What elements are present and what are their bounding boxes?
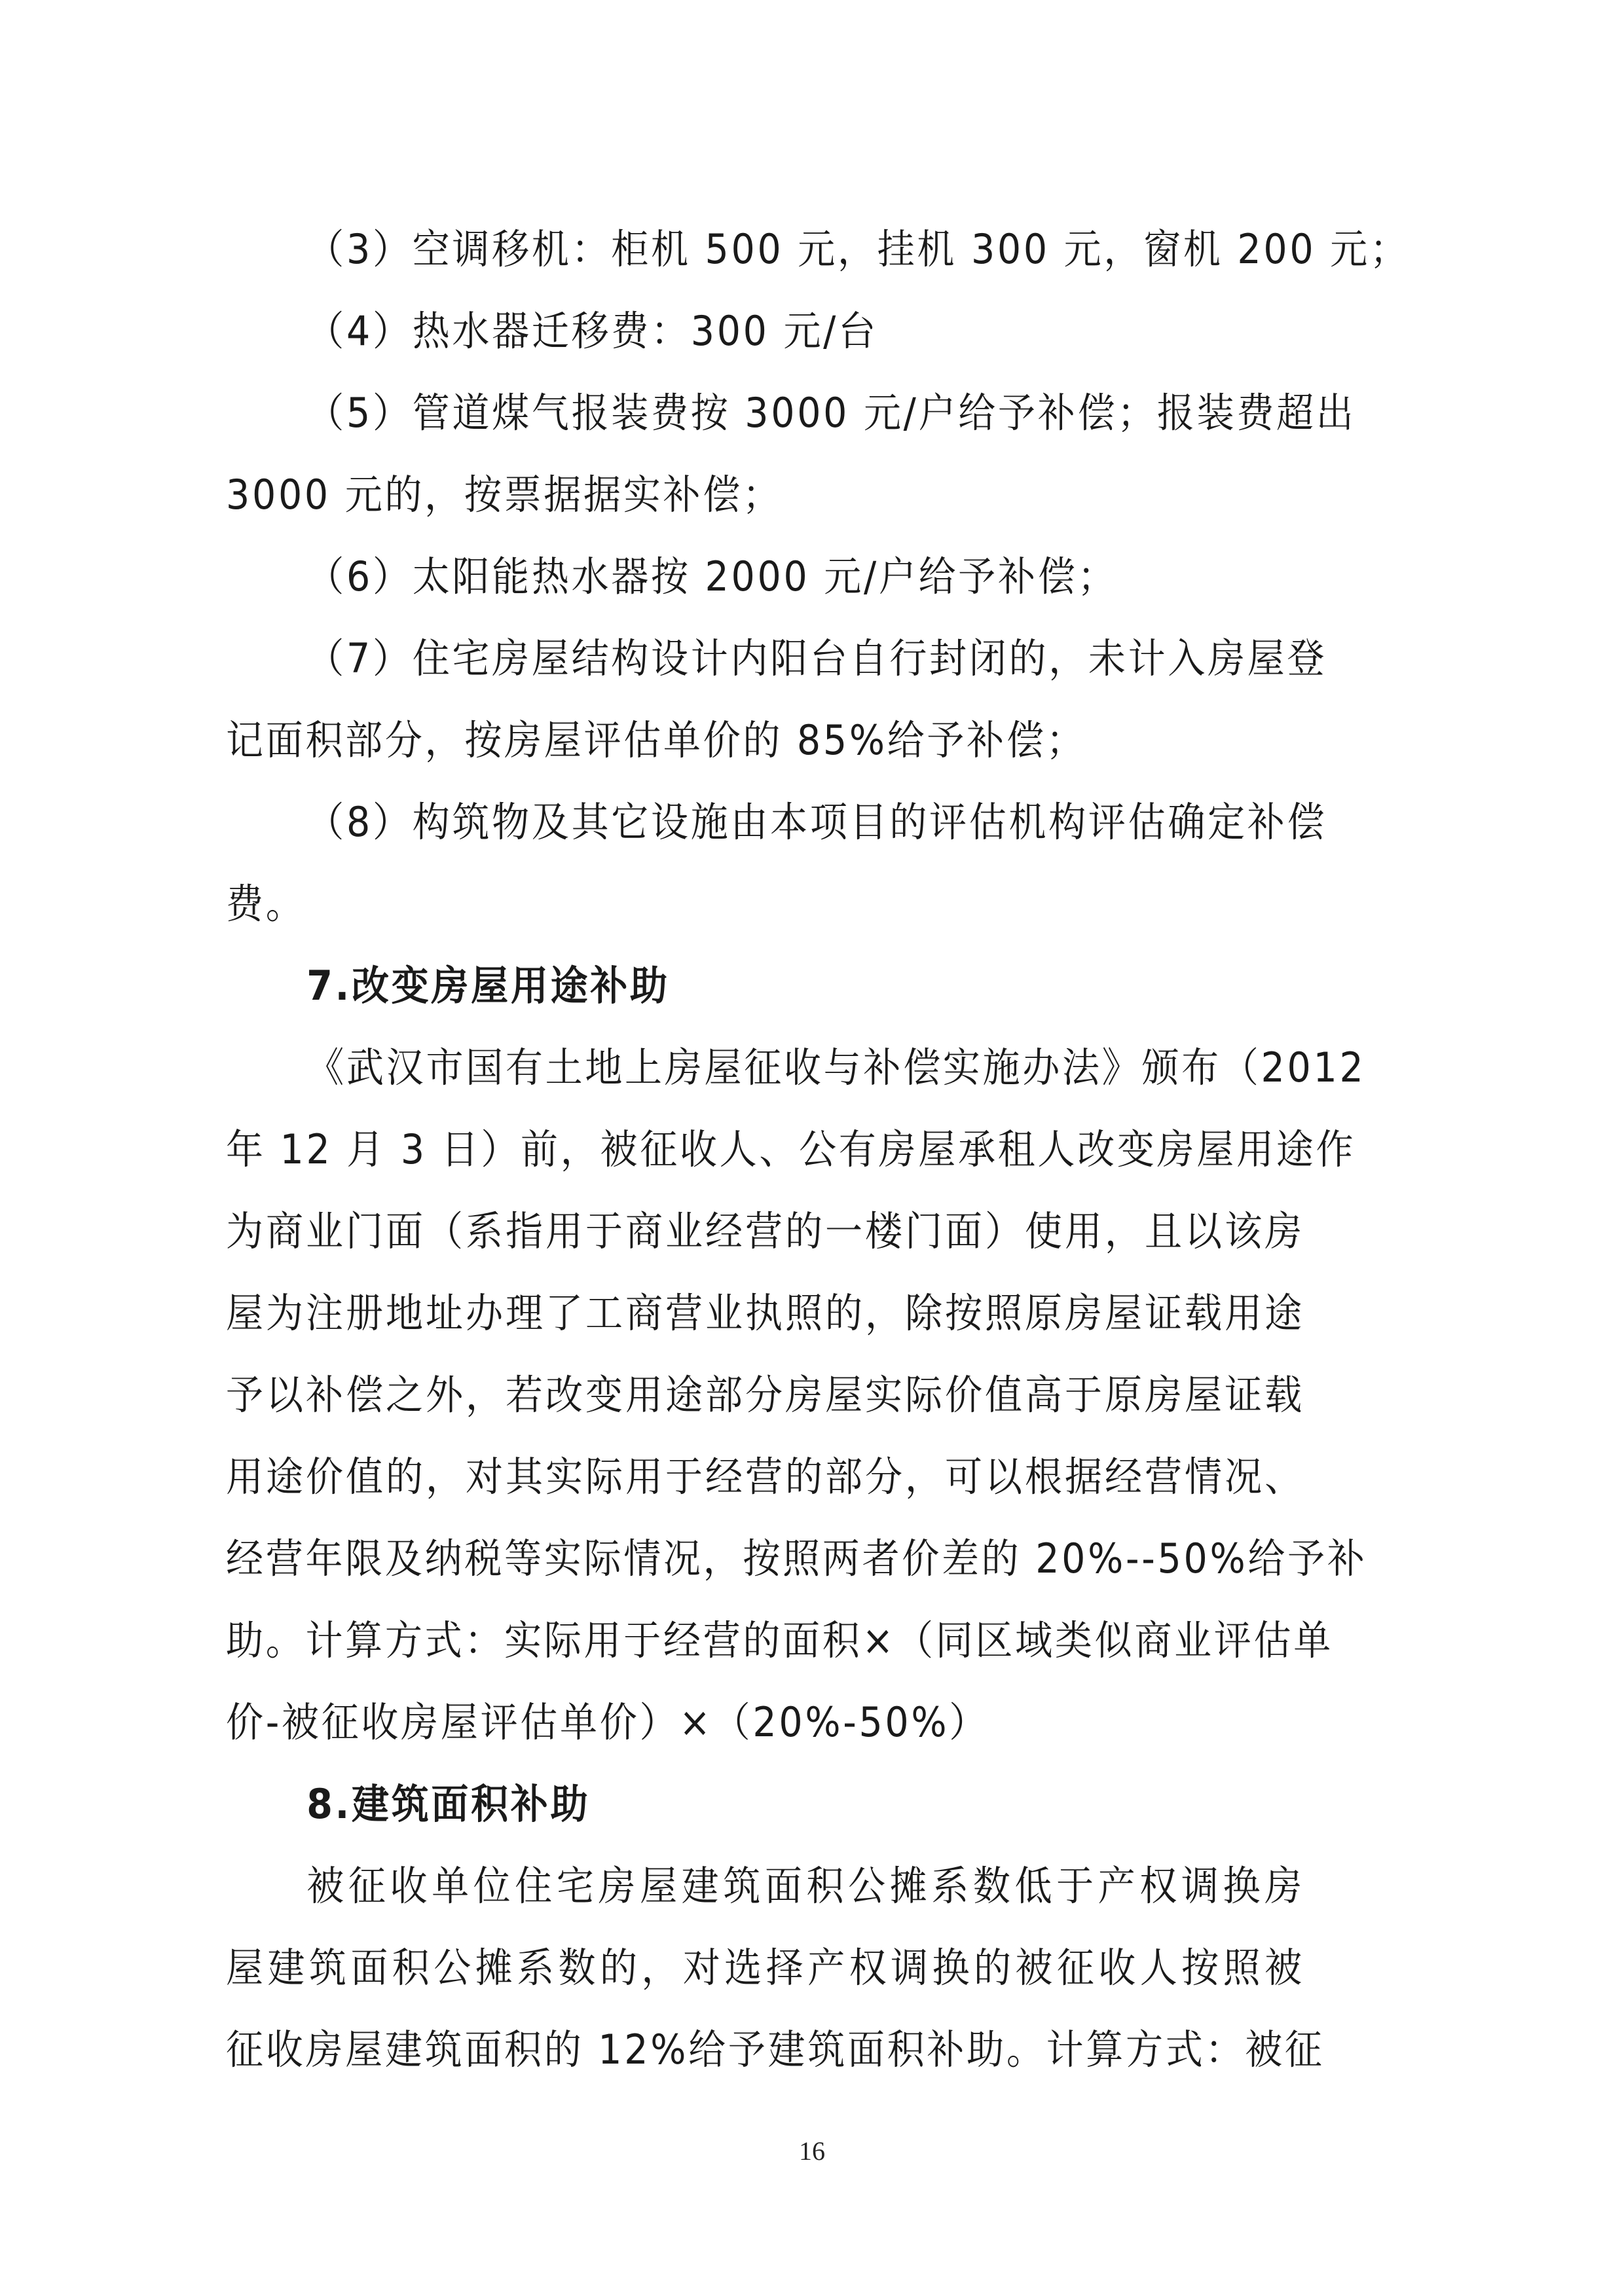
list-item-4-water-heater: （4）热水器迁移费：300 元/台: [226, 290, 1304, 372]
section-7-paragraph-line: 助。计算方式：实际用于经营的面积×（同区域类似商业评估单: [226, 1599, 1304, 1681]
section-7-paragraph-line: 价-被征收房屋评估单价）×（20%-50%）: [226, 1681, 1304, 1763]
section-7-paragraph-line: 经营年限及纳税等实际情况，按照两者价差的 20%--50%给予补: [226, 1518, 1304, 1599]
section-8-paragraph-line: 被征收单位住宅房屋建筑面积公摊系数低于产权调换房: [226, 1845, 1304, 1927]
list-item-5-gas-line1: （5）管道煤气报装费按 3000 元/户给予补偿；报装费超出: [226, 372, 1304, 454]
list-item-3-aircon: （3）空调移机：柜机 500 元，挂机 300 元，窗机 200 元；: [226, 208, 1304, 290]
section-7-paragraph-line: 屋为注册地址办理了工商营业执照的，除按照原房屋证载用途: [226, 1272, 1304, 1354]
list-item-7-balcony-line1: （7）住宅房屋结构设计内阳台自行封闭的，未计入房屋登: [226, 617, 1304, 699]
section-7-paragraph-line: 用途价值的，对其实际用于经营的部分，可以根据经营情况、: [226, 1436, 1304, 1518]
section-7-heading: 7.改变房屋用途补助: [226, 945, 1304, 1027]
section-7-paragraph-line: 《武汉市国有土地上房屋征收与补偿实施办法》颁布（2012: [226, 1027, 1304, 1108]
section-7-paragraph-line: 为商业门面（系指用于商业经营的一楼门面）使用，且以该房: [226, 1190, 1304, 1272]
list-item-8-structures-line1: （8）构筑物及其它设施由本项目的评估机构评估确定补偿: [226, 781, 1304, 863]
section-8-paragraph-line: 征收房屋建筑面积的 12%给予建筑面积补助。计算方式：被征: [226, 2009, 1304, 2090]
section-8-heading: 8.建筑面积补助: [226, 1763, 1304, 1845]
list-item-5-gas-line2: 3000 元的，按票据据实补偿；: [226, 454, 1304, 536]
section-8-paragraph-line: 屋建筑面积公摊系数的，对选择产权调换的被征收人按照被: [226, 1927, 1304, 2009]
list-item-8-structures-line2: 费。: [226, 863, 1304, 945]
list-item-7-balcony-line2: 记面积部分，按房屋评估单价的 85%给予补偿；: [226, 699, 1304, 781]
list-item-6-solar: （6）太阳能热水器按 2000 元/户给予补偿；: [226, 536, 1304, 617]
section-7-paragraph-line: 年 12 月 3 日）前，被征收人、公有房屋承租人改变房屋用途作: [226, 1108, 1304, 1190]
page-number: 16: [0, 2136, 1624, 2166]
section-7-paragraph-line: 予以补偿之外，若改变用途部分房屋实际价值高于原房屋证载: [226, 1354, 1304, 1436]
document-page: （3）空调移机：柜机 500 元，挂机 300 元，窗机 200 元； （4）热…: [226, 208, 1398, 2090]
